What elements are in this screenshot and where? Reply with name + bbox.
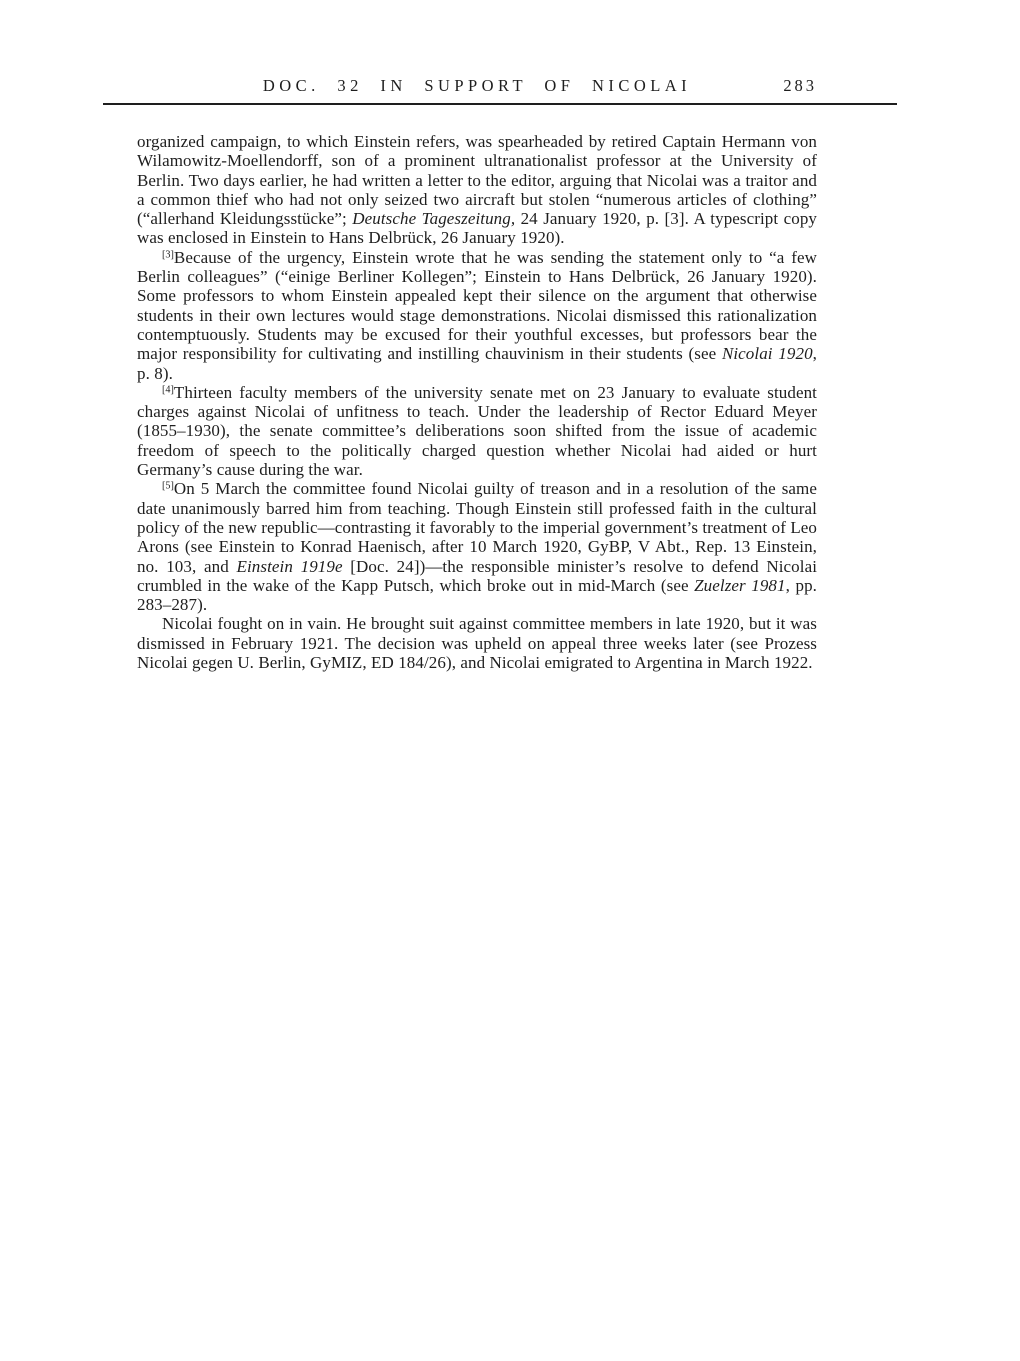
paragraph-3: [4]Thirteen faculty members of the unive… [137, 383, 817, 479]
page-content: DOC. 32 IN SUPPORT OF NICOLAI 283 organi… [137, 76, 817, 672]
paragraph-5: Nicolai fought on in vain. He brought su… [137, 614, 817, 672]
book-page: DOC. 32 IN SUPPORT OF NICOLAI 283 organi… [0, 0, 1020, 1361]
header-rule [103, 103, 897, 105]
paragraph-2: [3]Because of the urgency, Einstein wrot… [137, 248, 817, 383]
footnote-marker: [3] [162, 249, 174, 260]
cited-work-title: Zuelzer 1981 [694, 576, 785, 595]
paragraph-4: [5]On 5 March the committee found Nicola… [137, 479, 817, 614]
footnote-marker: [5] [162, 481, 174, 492]
text-segment: Nicolai fought on in vain. He brought su… [137, 614, 817, 672]
cited-work-title: Einstein 1919e [237, 557, 343, 576]
footnote-marker: [4] [162, 384, 174, 395]
cited-work-title: Deutsche Tageszeitung, [352, 209, 515, 228]
running-head-title-wrap: DOC. 32 IN SUPPORT OF NICOLAI [137, 76, 817, 96]
running-head: DOC. 32 IN SUPPORT OF NICOLAI 283 [137, 76, 817, 98]
page-number: 283 [783, 76, 817, 96]
text-segment: Thirteen faculty members of the universi… [137, 383, 817, 479]
cited-work-title: Nicolai 1920 [722, 344, 813, 363]
paragraph-1: organized campaign, to which Einstein re… [137, 132, 817, 248]
document-body: organized campaign, to which Einstein re… [137, 132, 817, 672]
text-segment: Because of the urgency, Einstein wrote t… [137, 248, 817, 363]
running-head-title: DOC. 32 IN SUPPORT OF NICOLAI [263, 76, 691, 95]
